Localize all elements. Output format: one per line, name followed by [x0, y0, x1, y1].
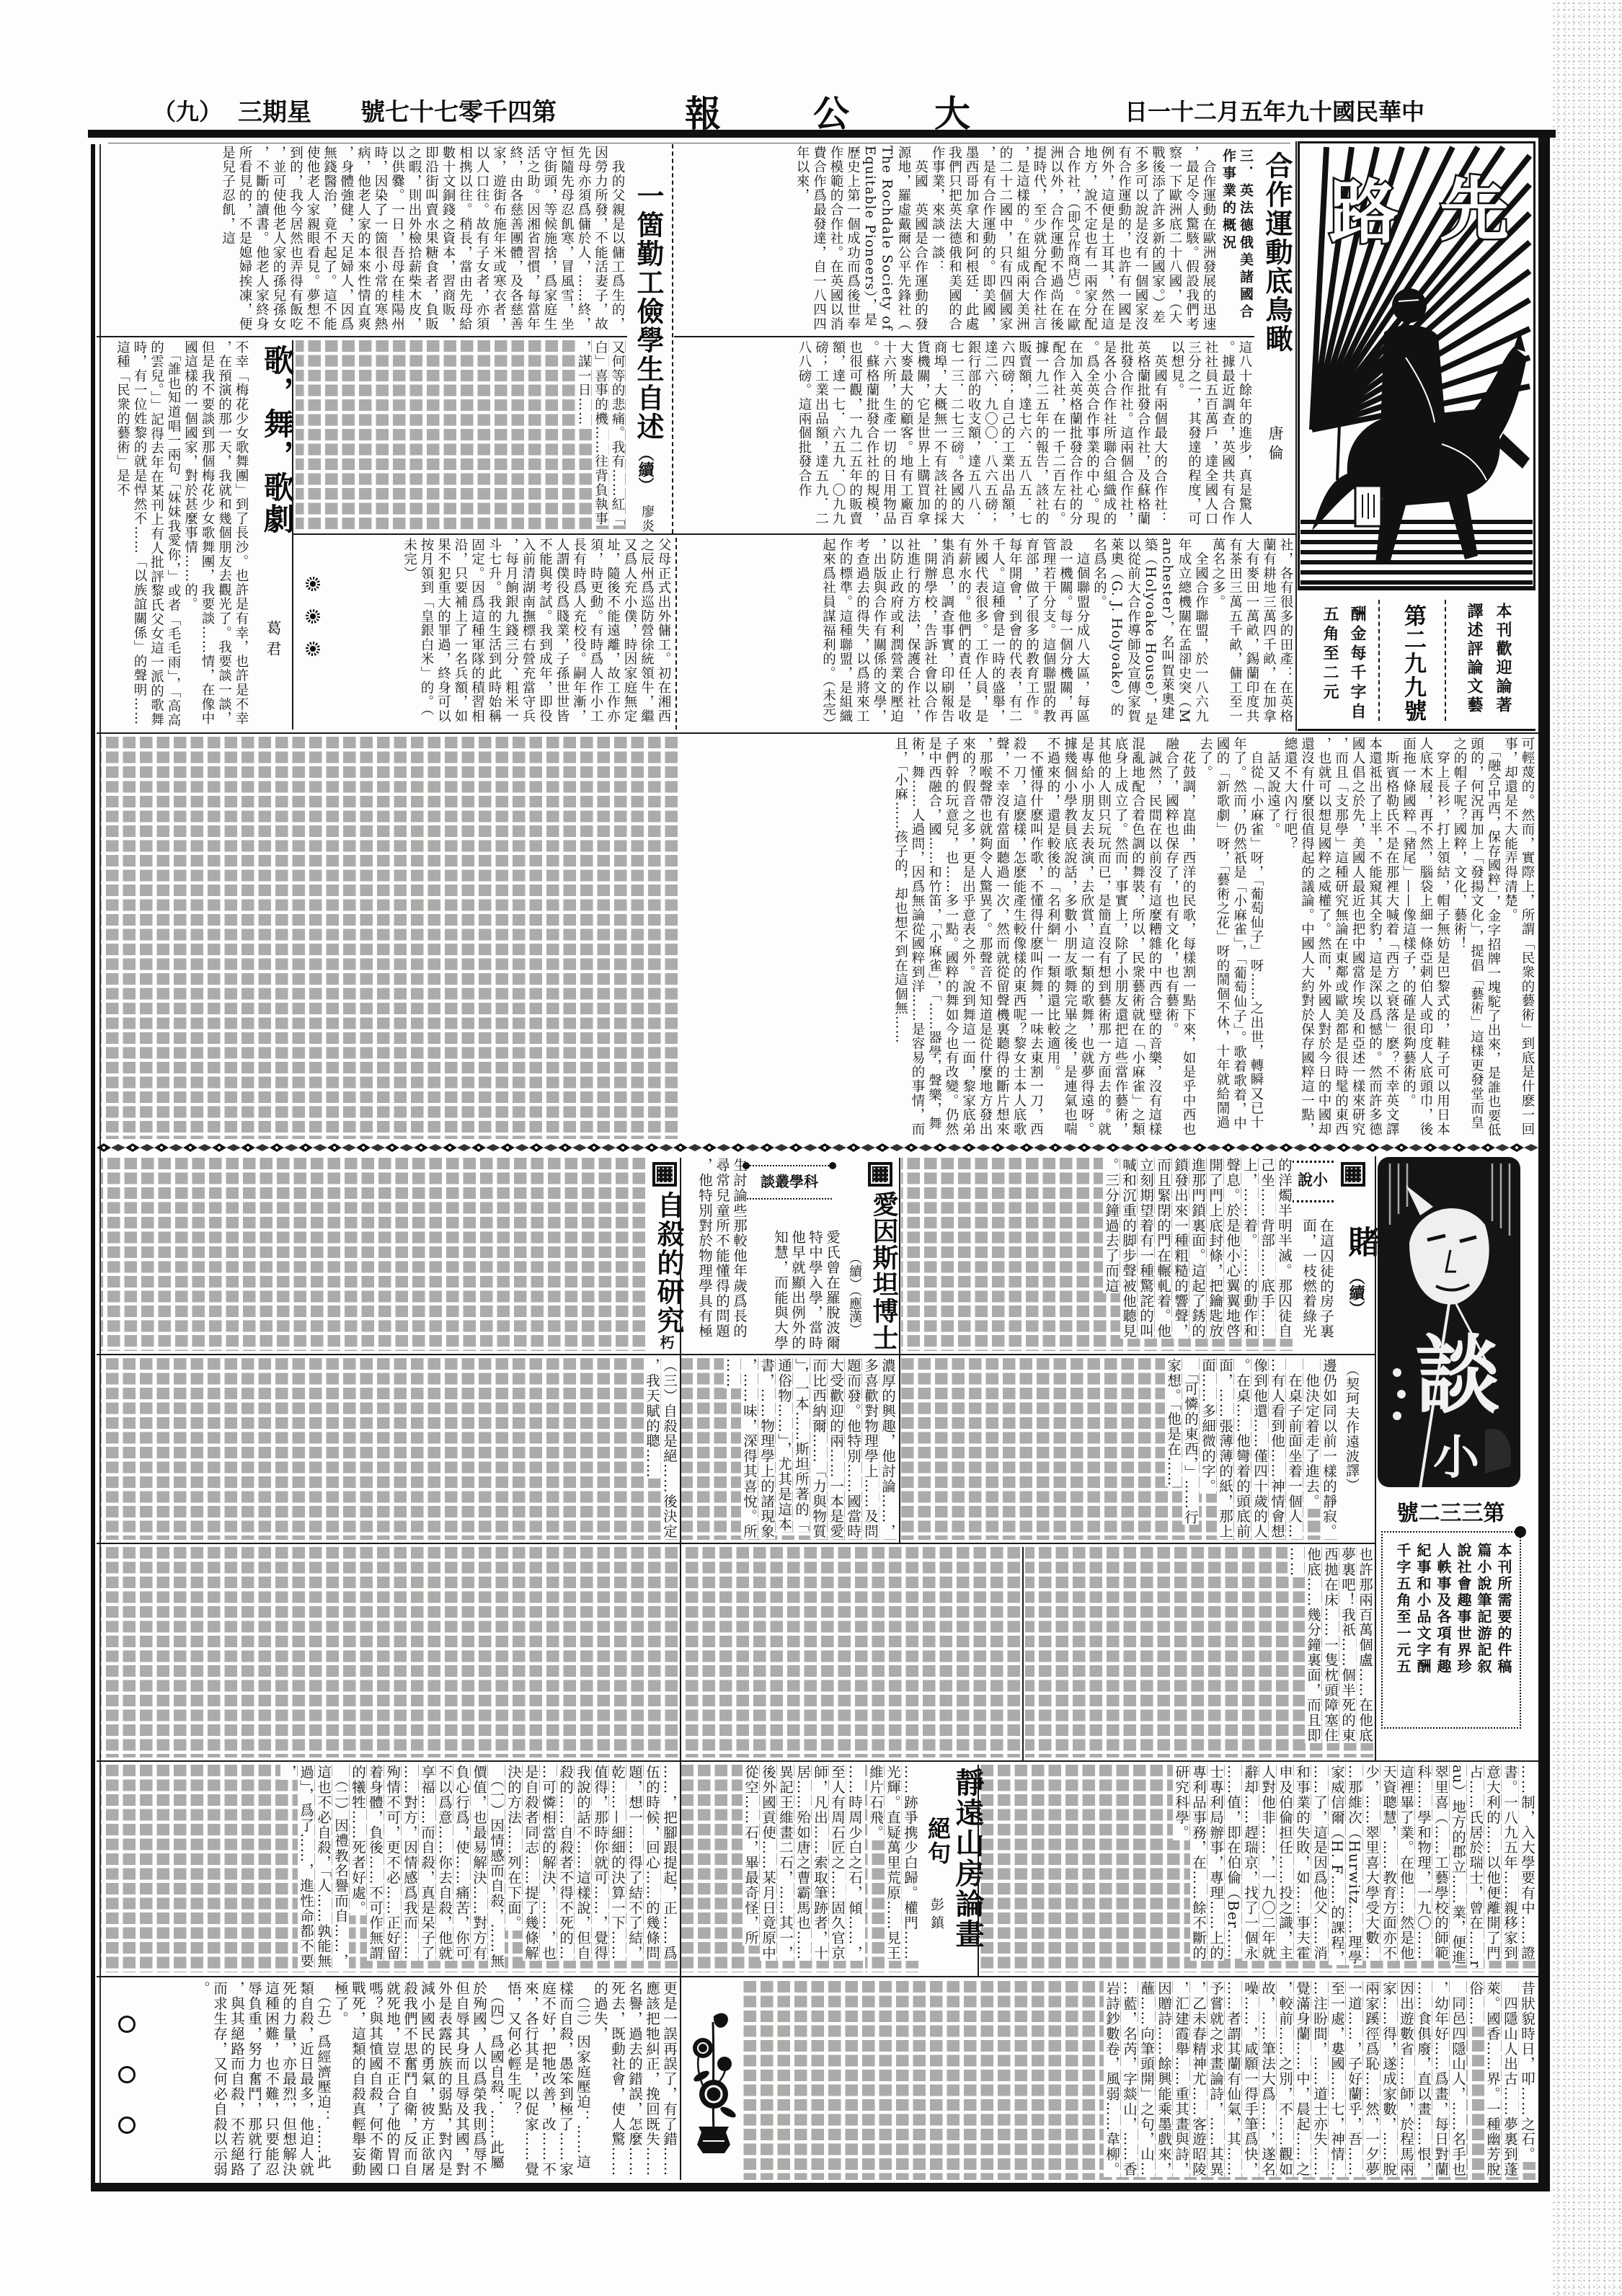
article-text-fragment: 昔狀貌時日，叩……之石。 四隱山人出古……夢裏到蓬萊。國香……界。一種幽芳脫俗…… [1104, 1981, 1535, 2177]
article-text-fragment: 也許那兩百萬個盧……在他底夢裏吧！我祇……個半死的東西拋在床……一隻枕頭障塞住他… [1288, 1547, 1373, 1743]
article-body-gamble-l3: 也許那兩百萬個盧……在他底夢裏吧！我祇……個半死的東西拋在床……一隻枕頭障塞住他… [1025, 1547, 1373, 1758]
article-text-fragment: ……，把腳跟提起，正……爲伍的時候，回心……的幾條問題，想一……得了結不了結，乾… [280, 1765, 678, 1969]
column-rule [899, 1158, 900, 1543]
article-text-fragment: ……時周少白之石，傾……，至人有周石匠之……固久官京師，凡出……索取筆跡者，十居… [743, 1765, 863, 1961]
tier-rule [97, 1976, 1538, 1977]
call-for-papers-column: 說社會趣事世界珍 [1453, 1543, 1473, 1717]
xianlu-masthead-woodcut: 先 路 [1298, 141, 1535, 588]
call-for-papers-column: 千字五角至一元五 [1393, 1543, 1413, 1717]
article-body-student-tier3: 父母正式出外傭工。初在湘西之辰州爲巡防營徐統領牛，繼又爲人充小僕，時因家庭無定址… [296, 538, 672, 728]
article-body-painting-l4: ……時周少白之石，傾……，至人有周石匠之……固久官京師，凡出……索取筆跡者，十居… [681, 1765, 863, 1972]
left-border [91, 144, 95, 2191]
flower-ornament-icon [306, 577, 320, 591]
article-body-einstein-l4: ……制，入大學要有中……證書。一八九五年……親移家到意大利的……以他便離開了門占… [980, 1765, 1535, 1972]
tier-rule [97, 336, 627, 337]
column-rule [680, 1158, 681, 2180]
headline-marker-icon [1341, 1162, 1365, 1187]
right-border [1538, 134, 1550, 2191]
article-text-fragment: ……制，入大學要有中……證書。一八九五年……親移家到意大利的……以他便離開了門占… [1173, 1765, 1535, 1968]
article-text-fragment: 邊仍如同以前一樣的靜寂。 他決定着走了進去。 在桌子前面坐着一個人……有人看到他… [1165, 1358, 1337, 1539]
xiaotan-masthead-woodcut: 談 小 [1377, 1156, 1521, 1488]
flower-ornament-icon [306, 609, 320, 624]
header-rule [88, 130, 1556, 138]
info-separator [1445, 600, 1446, 721]
bottom-border [91, 2183, 1550, 2191]
article-text-fragment: 又何等的悲痛。我有……紅「白」喜事的機……往背負執事，謀一日…… [576, 340, 625, 526]
circle-ornament-icon [118, 2016, 136, 2033]
headline-cooperation: 合作運動底鳥瞰 [1257, 151, 1297, 353]
xiaotan-issue-number: 第三三二號 [1381, 1495, 1521, 1527]
article-body-gamble-l2: 邊仍如同以前一樣的靜寂。 他決定着走了進去。 在桌子前面坐着一個人……有人看到他… [901, 1358, 1337, 1540]
article-body-cooperation-tier1: 合作運動在歐洲發展的迅速，最足令人驚駭。假設我們考察一下歐洲底二十八國，（大戰後… [675, 146, 1217, 333]
tier-rule [97, 1354, 1375, 1355]
column-rule [1375, 1156, 1376, 1762]
dashed-column-rule [672, 144, 673, 533]
article-body-student-tier1: 我的父親是以傭工爲生的，因勞力所發，不能活妻子，故先母亦須爲傭於人，……終，恒隨… [101, 146, 626, 333]
article-body-student-tier2: 又何等的悲痛。我有……紅「白」喜事的機……往背負執事，謀一日…… [296, 340, 626, 529]
column-rule [978, 1765, 979, 1976]
headline-suicide: 自殺的研究 [649, 1191, 688, 1335]
article-body-cooperation-tier2: 這八十餘年的進步，真是驚人。據最近調查，英國共有合作社社員五百萬戶，達全國人口三… [675, 340, 1253, 529]
circle-ornament-icon [118, 2117, 136, 2134]
info-separator [1378, 600, 1380, 721]
section-label-science: 科學叢談 [747, 1165, 832, 1200]
article-body-einstein-l2: 濃厚的興趣，他討論……，多喜歡對物理學上……及問題而發。他特別……國當時大受歡迎… [681, 1358, 896, 1540]
call-for-papers-column: 人軼事及各項有趣 [1433, 1543, 1453, 1717]
tier-rule [97, 732, 1538, 734]
weekday: 星期三 [238, 92, 311, 128]
xianlu-issue-number: 第二九九號 [1397, 604, 1430, 723]
illegible-print-song-dance [101, 737, 678, 1139]
tier-rule [97, 1760, 1538, 1762]
call-for-papers-line1: 本刊歡迎論著 [1492, 603, 1515, 715]
tier-rule [674, 336, 1254, 337]
ornamental-divider [97, 1142, 1538, 1153]
article-text-fragment: ……跡爭携少白歸。權門……光輝。直疑萬里荒原……見王維片石飛。 [867, 1765, 918, 1961]
continued-mark-student: （續） [634, 446, 657, 493]
column-rule [1022, 1547, 1024, 1760]
byline-song-dance: 葛君 [262, 620, 284, 662]
continued-translator-einstein: （續）（應漢） [845, 1251, 864, 1336]
payment-line1: 酬金每千字自 [1347, 606, 1369, 722]
payment-line2: 五角至二元 [1319, 606, 1342, 703]
tier-rule [97, 1543, 1375, 1544]
call-for-papers-line2: 譯述評論文藝 [1463, 603, 1486, 715]
article-text-fragment: （三）自殺是絕……後決定，我天賦的聰…… [644, 1358, 678, 1539]
flower-vase-woodcut-icon [688, 2000, 739, 2155]
byline-painting: 彭鎮 [927, 1897, 947, 1933]
article-body-einstein-l1b: 生討論些那較他年歲爲長的尋常兒童所不能懂得的問題，他特別對於物理學具有極 [681, 1158, 748, 1351]
headline-gamble: 賭 [1337, 1225, 1383, 1257]
subtitle-quatrain: 絕句 [921, 1817, 954, 1866]
page-number: （九） [153, 94, 222, 127]
article-body-gamble-l1-start: 在這囚徒的房子裏面，一枝燃着綠光 [1295, 1218, 1334, 1351]
article-body-song-dance-left: 不幸「梅花少女歌舞團」到了長沙。也許是有幸，也許是不幸，在預演的那一天，我就和幾… [101, 340, 249, 730]
byline-cooperation: 唐倫 [1264, 425, 1286, 464]
translator-credit-gamble: （契珂夫作遠波譯） [1342, 1362, 1362, 1492]
supplement-title-xiao: 小 [1433, 1432, 1481, 1485]
article-body-suicide-l5: 更是一誤再誤了，有了錯……應該把牠糾正，挽回既失……名譽，過去的錯誤，怎麼……死… [141, 1981, 678, 2180]
column-rule [1295, 141, 1297, 731]
article-body-suicide-l2: （三）自殺是絕……後決定，我天賦的聰…… [101, 1358, 678, 1540]
headline-marker-icon [652, 1162, 677, 1187]
byline-suicide: 朽 [656, 1335, 677, 1349]
headline-marker-icon [868, 1162, 892, 1187]
supplement-title-tan: 談 [1415, 1326, 1500, 1425]
article-body-einstein-l1a: 愛氏曾在羅脫波爾特中學入學，當時他早就顯出例外的知慧，而能與大學 [770, 1230, 841, 1351]
flower-ornament-icon [306, 642, 320, 656]
illegible-print-suicide-l1 [101, 1158, 645, 1351]
call-for-papers-column: 紀事和小品文字酬 [1413, 1543, 1433, 1717]
supplement-title-xian: 先 [1440, 169, 1509, 250]
byline-student: 廖炎 [637, 505, 656, 533]
article-body-gamble-l1: 的洋燭半明半滅。那囚徒自己坐……背部……底手……上，……着。……的動作和聲息。於… [901, 1158, 1293, 1351]
article-body-song-dance-bottom: 可輕蔑的。然而，實際上，所謂「民衆的藝術」到底是什麽一回事，却還是不大能弄得清楚… [681, 737, 1535, 1139]
article-body-painting-l5: 昔狀貌時日，叩……之石。 四隱山人出古……夢裏到蓬萊。國香……界。一種幽芳脫俗…… [743, 1981, 1535, 2180]
continued-mark-gamble: （續） [1345, 1269, 1368, 1316]
newspaper-page: （九） 星期三 第四千零七十七號 報 公 大 中華民國十九年五月二十一日 先 路 [0, 0, 1622, 2296]
scan-noise-margin [1551, 0, 1622, 2296]
headline-student: 一箇勤工儉學生自述 [629, 182, 668, 441]
poem-quatrain: ……跡爭携少白歸。權門……光輝。直疑萬里荒原……見王維片石飛。 [865, 1765, 918, 1972]
article-body-cooperation-tier3: 社，各有很多的田產：在英格蘭有耕地三萬四千畝，在加拿大有麥田一萬畝，錫蘭印度共有… [678, 538, 1294, 728]
article-text-fragment: 濃厚的興趣，他討論……，多喜歡對物理學上……及問題而發。他特別……國當時大受歡迎… [724, 1358, 896, 1539]
xiaotan-call-for-papers-box: 本刊所需要的件稿 篇小說筆記游記叙 說社會趣事世界珍 人軼事及各項有趣 紀事和小… [1381, 1531, 1521, 1729]
supplement-title-lu: 路 [1329, 172, 1399, 253]
circle-ornament-icon [118, 2066, 136, 2083]
column-rule [292, 340, 293, 730]
headline-einstein: 愛因斯坦博士 [865, 1191, 902, 1351]
publication-date: 中華民國十九年五月二十一日 [1125, 94, 1424, 127]
subtitle-cooperation: 三．英法德俄美諸國合作事業的概況 [1220, 149, 1254, 334]
call-for-papers-column: 本刊所需要的件稿 [1494, 1543, 1514, 1717]
dashed-column-rule [675, 538, 677, 730]
illegible-print-suicide-l3 [101, 1547, 678, 1758]
section-label-fiction: 小說 [1292, 1161, 1334, 1202]
header-thin-rule [108, 143, 1290, 143]
call-for-papers-column: 篇小說筆記游記叙 [1473, 1543, 1494, 1717]
tier-rule [292, 533, 1295, 535]
illegible-print-einstein-l3 [681, 1547, 1020, 1758]
article-body-suicide-l4: ……，把腳跟提起，正……爲伍的時候，回心……的幾條問題，想一……得了結不了結，乾… [101, 1765, 678, 1972]
article-text-fragment: 的洋燭半明半滅。那囚徒自己坐……背部……底手……上，……着。……的動作和聲息。於… [1103, 1158, 1293, 1339]
issue-number: 第四千零七十七號 [360, 92, 557, 128]
